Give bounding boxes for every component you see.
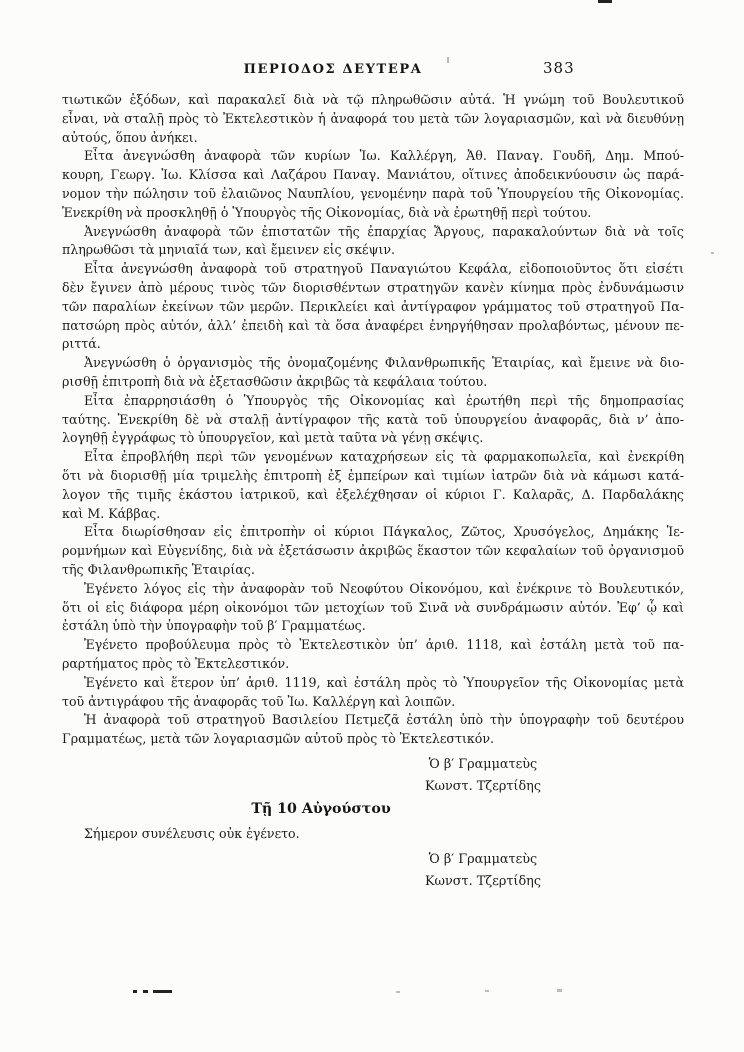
text-line: ρισθῇ ἐπιτροπὴ διὰ νὰ ἐξετασθῶσιν ἀκριβῶ… bbox=[62, 373, 684, 392]
text-line: τοῦ ἀντιγράφου τῆς ἀναφορᾶς τοῦ Ἰω. Καλλ… bbox=[62, 693, 684, 712]
text-line: δὲν ἔγινεν ἀπὸ μέρους τινὸς τῶν διορισθέ… bbox=[62, 279, 684, 298]
paragraph: Εἶτα ἐπροβλήθη περὶ τῶν γενομένων καταχρ… bbox=[62, 448, 684, 523]
signature-role: Ὁ β′ Γραμματεὺς bbox=[394, 849, 572, 871]
text-line: Εἶτα ἐπαρρησιάσθη ὁ Ὑπουργὸς τῆς Οἰκονομ… bbox=[62, 392, 684, 411]
session-note: Σήμερον συνέλευσις οὐκ ἐγένετο. bbox=[84, 826, 300, 841]
running-head-title: ΠΕΡΙΟΔΟΣ ΔΕΥΤΕΡΑ bbox=[62, 62, 604, 77]
text-line: Εἶτα ἀνεγνώσθη ἀναφορὰ τῶν κυρίων Ἰω. Κα… bbox=[62, 147, 684, 166]
text-line: Ἐνεκρίθη νὰ προσκληθῇ ὁ Ὑπουργὸς τῆς Οἰκ… bbox=[62, 204, 684, 223]
text-line: ριττά. bbox=[62, 335, 684, 354]
text-line: λογηθῇ ἐγγράφως τὸ ὑπουργεῖον, καὶ μετὰ … bbox=[62, 429, 684, 448]
text-line: τῶν παραλίων ἐκείνων τῶν μερῶν. Περικλεί… bbox=[62, 298, 684, 317]
paragraph: Εἶτα ἐπαρρησιάσθη ὁ Ὑπουργὸς τῆς Οἰκονομ… bbox=[62, 392, 684, 448]
paragraph: τιωτικῶν ἐξόδων, καὶ παρακαλεῖ διὰ νὰ τῷ… bbox=[62, 91, 684, 147]
text-line: Εἶτα ἀνεγνώσθη ἀναφορὰ τοῦ στρατηγοῦ Παν… bbox=[62, 260, 684, 279]
paragraph: Ἀνεγνώσθη ὁ ὀργανισμὸς τῆς ὀνομαζομένης … bbox=[62, 354, 684, 392]
text-line: κουρη, Γεωργ. Ἰω. Κλίσσα καὶ Λαζάρου Παν… bbox=[62, 166, 684, 185]
scanned-book-page: { "header": { "title": "ΠΕΡΙΟΔΟΣ ΔΕΥΤΕΡΑ… bbox=[0, 0, 744, 1052]
paragraph: Εἶτα ἀνεγνώσθη ἀναφορὰ τοῦ στρατηγοῦ Παν… bbox=[62, 260, 684, 354]
signature-block-bottom: Ὁ β′ Γραμματεὺς Κωνστ. Τζερτίδης bbox=[394, 849, 572, 892]
text-line: ρομνήμων καὶ Εὐγενίδης, διὰ νὰ ἐξετάσωσι… bbox=[62, 542, 684, 561]
signature-name: Κωνστ. Τζερτίδης bbox=[394, 776, 572, 798]
scan-artifact bbox=[153, 990, 172, 993]
page-number: 383 bbox=[543, 59, 575, 77]
text-line: Ἡ ἀναφορὰ τοῦ στρατηγοῦ Βασιλείου Πετμεζ… bbox=[62, 711, 684, 730]
paragraph: Ἐγένετο λόγος εἰς τὴν ἀναφορὰν τοῦ Νεοφύ… bbox=[62, 580, 684, 636]
scan-artifact bbox=[143, 990, 148, 993]
text-line: πατσώρη πρὸς αὐτόν, ἀλλ’ ἐπειδὴ καὶ τὰ ὅ… bbox=[62, 317, 684, 336]
scan-artifact bbox=[396, 991, 400, 993]
text-line: αὐτούς, ὅπου ἀνήκει. bbox=[62, 129, 684, 148]
scan-artifact bbox=[711, 252, 714, 254]
scan-artifact bbox=[447, 57, 449, 63]
signature-role: Ὁ β′ Γραμματεὺς bbox=[394, 754, 572, 776]
section-heading-date: Τῇ 10 Αὐγούστου bbox=[62, 801, 684, 817]
text-line: ὅτι οἱ εἰς διάφορα μέρη οἰκονόμοι τῶν με… bbox=[62, 599, 684, 618]
signature-block-top: Ὁ β′ Γραμματεὺς Κωνστ. Τζερτίδης bbox=[394, 754, 572, 797]
scan-artifact bbox=[557, 989, 562, 992]
text-line: Εἶτα διωρίσθησαν εἰς ἐπιτροπὴν οἱ κύριοι… bbox=[62, 523, 684, 542]
scan-artifact bbox=[485, 990, 489, 992]
text-line: ραρτήματος πρὸς τὸ Ἐκτελεστικόν. bbox=[62, 655, 684, 674]
signature-name: Κωνστ. Τζερτίδης bbox=[394, 871, 572, 893]
text-line: Ἐγένετο καὶ ἕτερον ὑπ’ ἀριθ. 1119, καὶ ἐ… bbox=[62, 674, 684, 693]
text-line: Εἶτα ἐπροβλήθη περὶ τῶν γενομένων καταχρ… bbox=[62, 448, 684, 467]
paragraph: Ἐγένετο καὶ ἕτερον ὑπ’ ἀριθ. 1119, καὶ ἐ… bbox=[62, 674, 684, 712]
paragraph: Ἐγένετο προβούλευμα πρὸς τὸ Ἐκτελεστικὸν… bbox=[62, 636, 684, 674]
paragraph: Ἀνεγνώσθη ἀναφορὰ τῶν ἐπιστατῶν τῆς ἐπαρ… bbox=[62, 223, 684, 261]
text-line: ὅτι νὰ διορισθῇ μία τριμελὴς ἐπιτροπὴ ἐξ… bbox=[62, 467, 684, 486]
paragraph: Ἡ ἀναφορὰ τοῦ στρατηγοῦ Βασιλείου Πετμεζ… bbox=[62, 711, 684, 749]
text-line: Γραμματέως, μετὰ τῶν λογαριασμῶν αὐτοῦ π… bbox=[62, 730, 684, 749]
text-line: Ἐγένετο προβούλευμα πρὸς τὸ Ἐκτελεστικὸν… bbox=[62, 636, 684, 655]
text-line: τῆς Φιλανθρωπικῆς Ἑταιρίας. bbox=[62, 561, 684, 580]
text-line: ἐστάλη ὑπὸ τὴν ὑπογραφὴν τοῦ β′ Γραμματέ… bbox=[62, 617, 684, 636]
text-line: καὶ Μ. Κάββας. bbox=[62, 505, 684, 524]
text-line: Ἀνεγνώσθη ὁ ὀργανισμὸς τῆς ὀνομαζομένης … bbox=[62, 354, 684, 373]
text-line: λογον τῆς τιμῆς ἑκάστου ἰατρικοῦ, καὶ ἐξ… bbox=[62, 486, 684, 505]
text-line: Ἐγένετο λόγος εἰς τὴν ἀναφορὰν τοῦ Νεοφύ… bbox=[62, 580, 684, 599]
text-line: νομον τὴν πώλησιν τοῦ ἐλαιῶνος Ναυπλίου,… bbox=[62, 185, 684, 204]
scan-artifact bbox=[133, 990, 137, 993]
paragraph: Εἶτα ἀνεγνώσθη ἀναφορὰ τῶν κυρίων Ἰω. Κα… bbox=[62, 147, 684, 222]
paragraph: Εἶτα διωρίσθησαν εἰς ἐπιτροπὴν οἱ κύριοι… bbox=[62, 523, 684, 579]
text-line: εἶναι, νὰ σταλῇ πρὸς τὸ Ἐκτελεστικὸν ἡ ἀ… bbox=[62, 110, 684, 129]
text-line: ταύτης. Ἐνεκρίθη δὲ νὰ σταλῇ ἀντίγραφον … bbox=[62, 411, 684, 430]
text-line: πληρωθῶσι τὰ μηνιαῖά των, καὶ ἔμεινεν εἰ… bbox=[62, 241, 684, 260]
text-line: Ἀνεγνώσθη ἀναφορὰ τῶν ἐπιστατῶν τῆς ἐπαρ… bbox=[62, 223, 684, 242]
text-line: τιωτικῶν ἐξόδων, καὶ παρακαλεῖ διὰ νὰ τῷ… bbox=[62, 91, 684, 110]
scan-artifact bbox=[598, 0, 612, 3]
body-text: τιωτικῶν ἐξόδων, καὶ παρακαλεῖ διὰ νὰ τῷ… bbox=[62, 91, 684, 749]
